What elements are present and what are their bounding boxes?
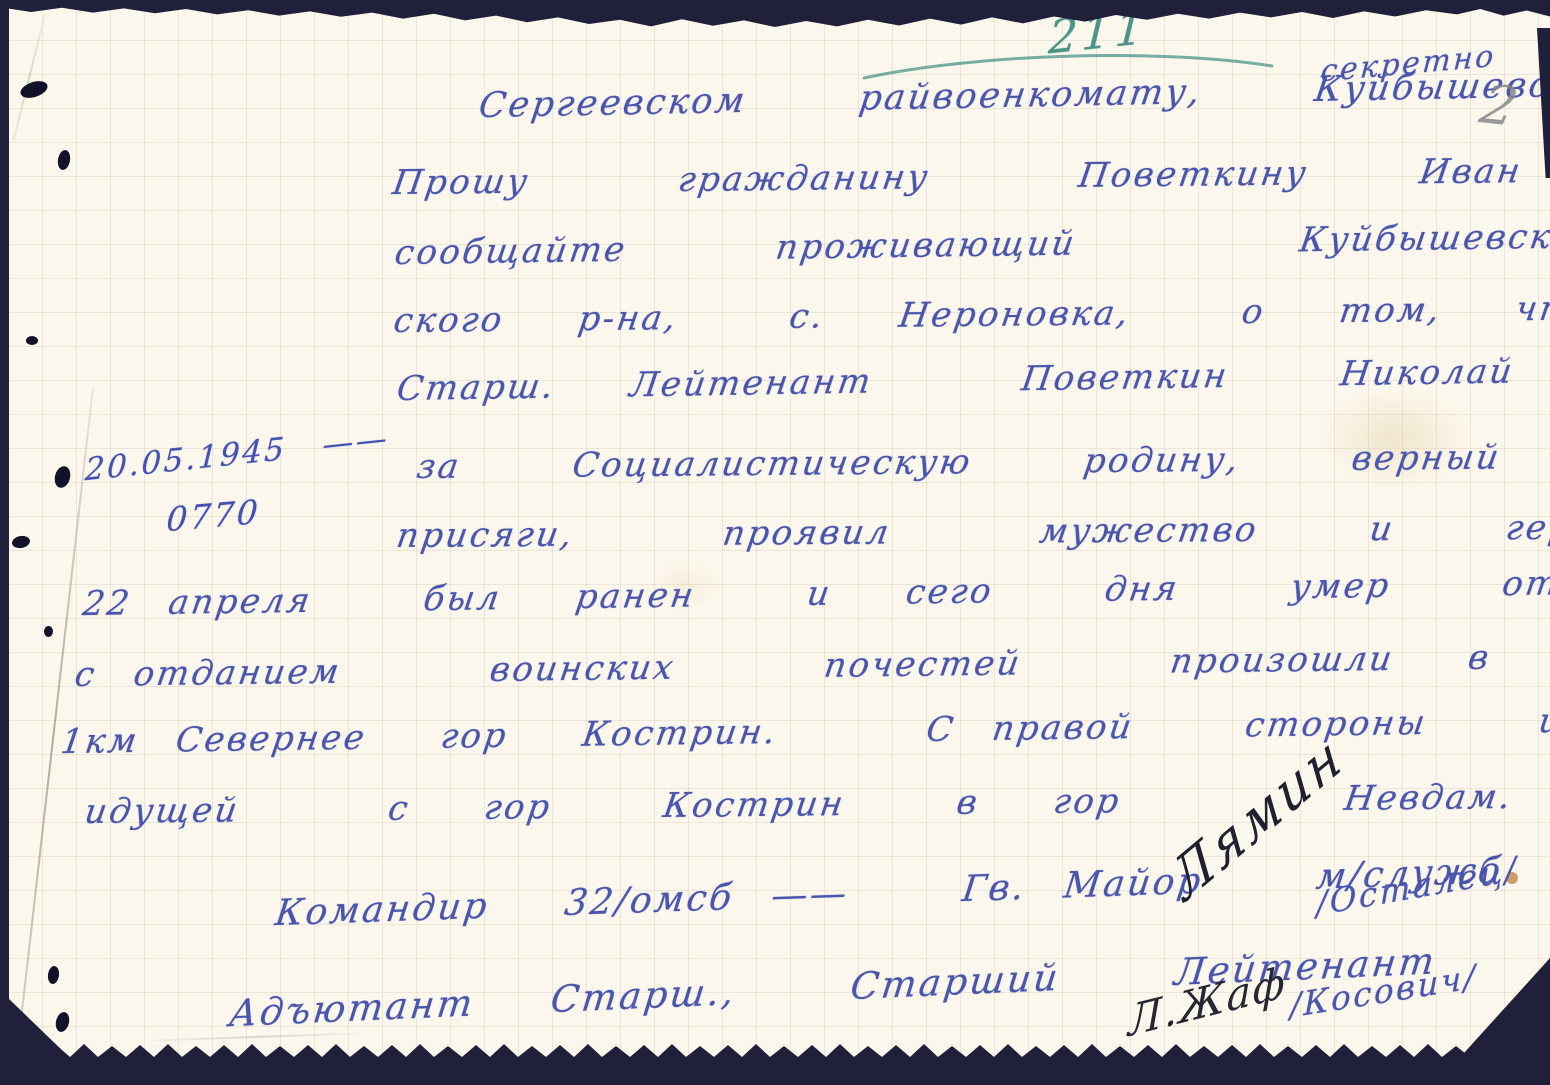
scanned-letter: 211 2 секретно Сергеевском райвоенкомату… <box>0 0 1550 1085</box>
torn-edge-left <box>0 0 9 1085</box>
binding-hole <box>26 336 38 345</box>
binding-hole <box>44 626 53 637</box>
background-bottom <box>0 1058 1550 1085</box>
